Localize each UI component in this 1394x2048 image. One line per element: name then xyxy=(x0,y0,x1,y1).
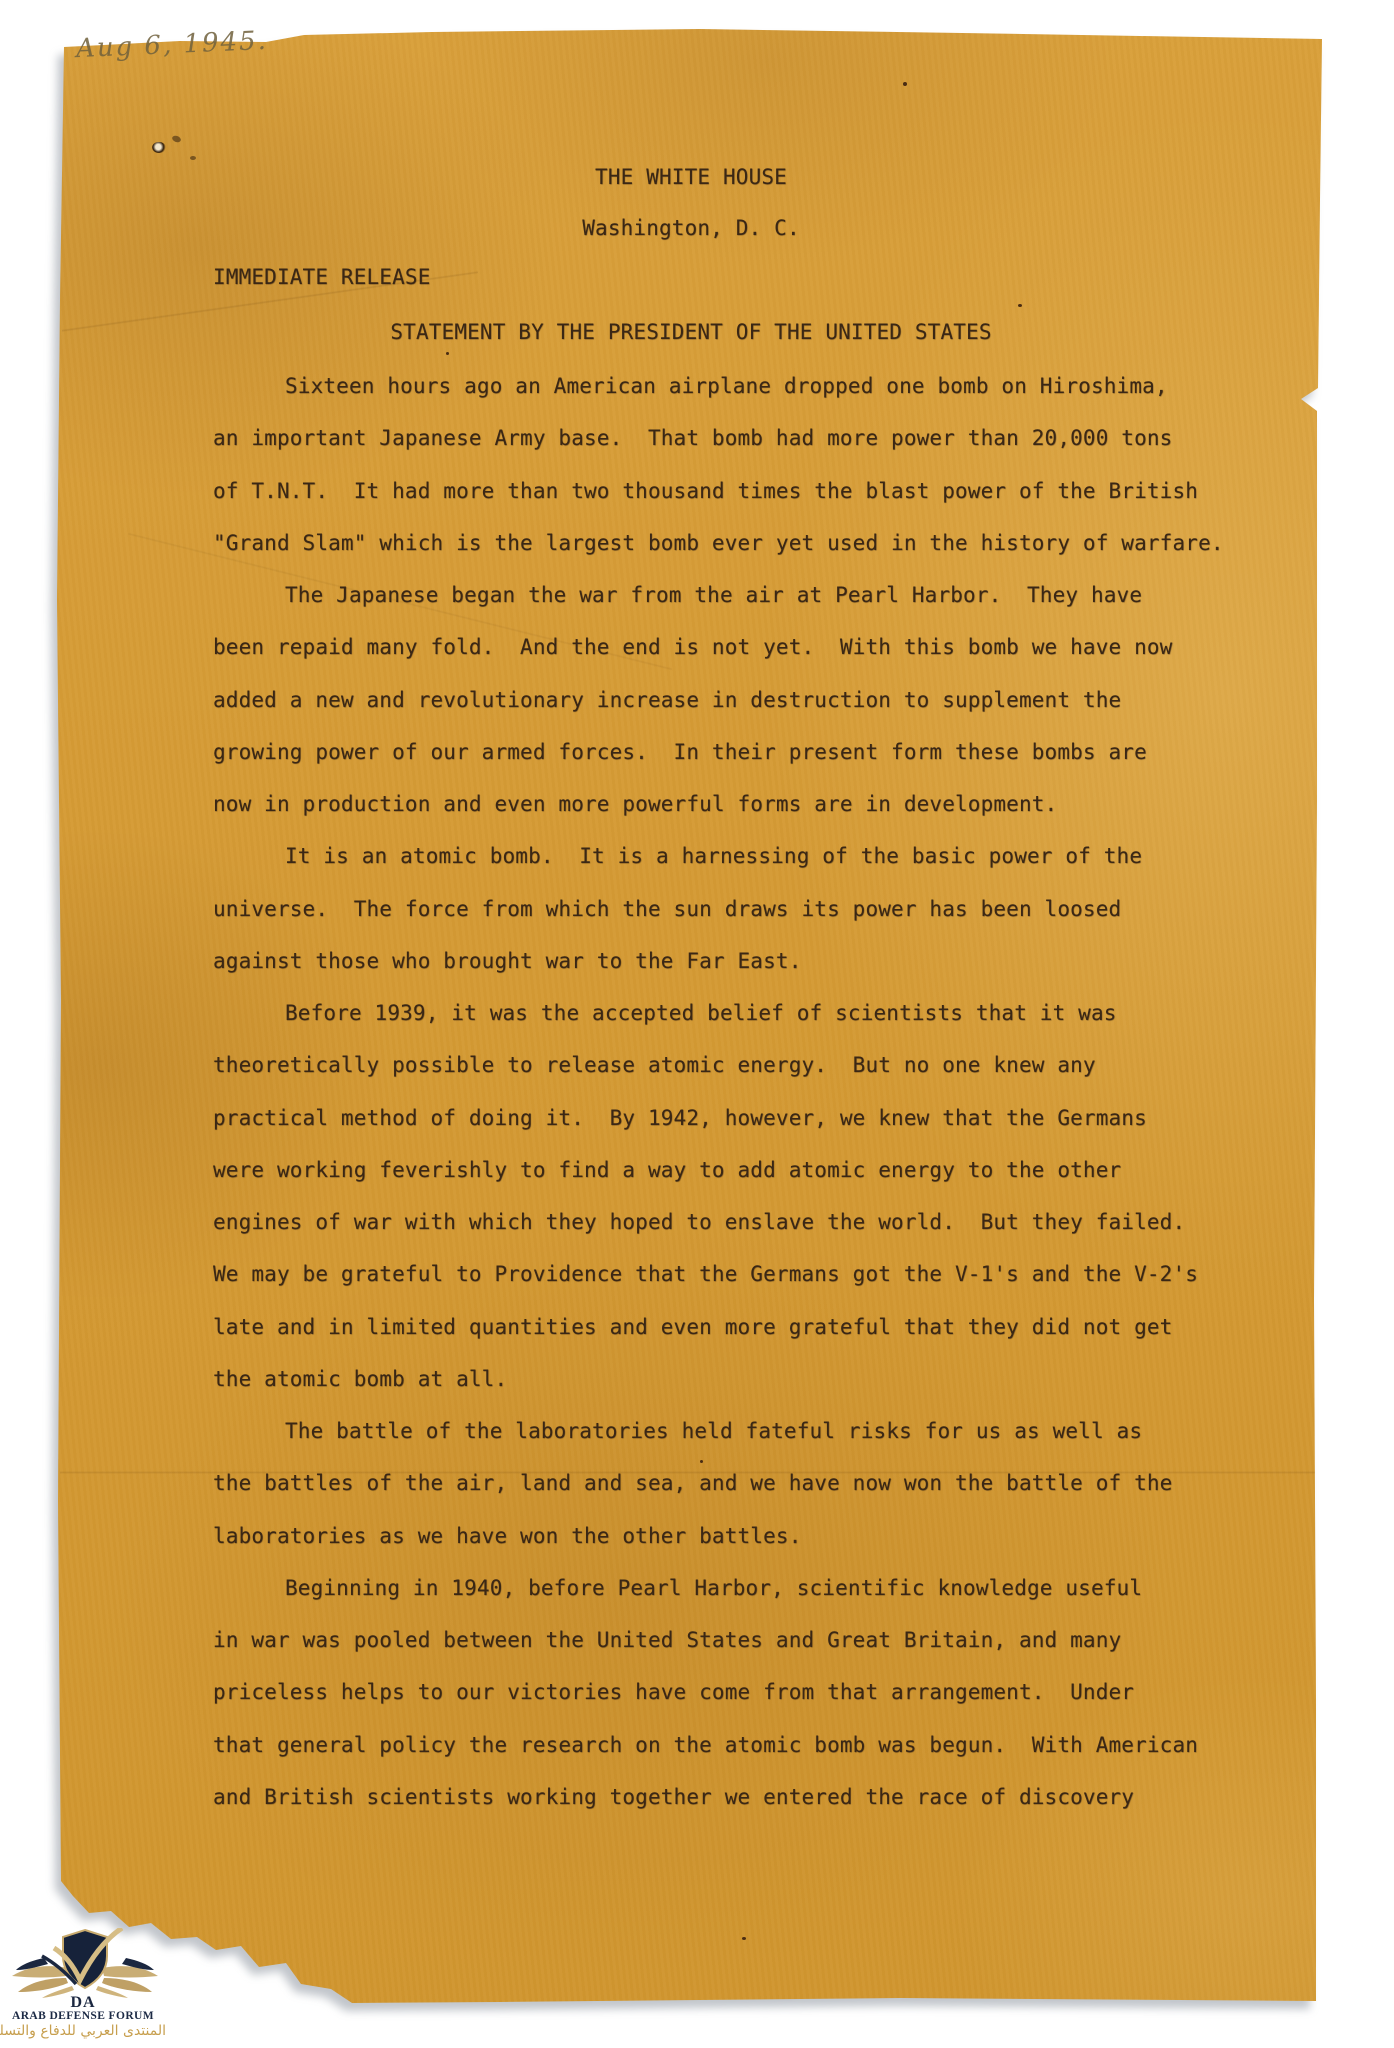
typed-line: theoretically possible to release atomic… xyxy=(213,1054,1096,1076)
typed-line: of T.N.T. It had more than two thousand … xyxy=(213,480,1198,502)
typed-line: were working feverishly to find a way to… xyxy=(213,1159,1121,1181)
typed-line: laboratories as we have won the other ba… xyxy=(213,1525,801,1547)
shield-wings-emblem xyxy=(8,1928,158,1998)
typed-line: late and in limited quantities and even … xyxy=(213,1316,1172,1338)
typed-line: Sixteen hours ago an American airplane d… xyxy=(285,375,1168,397)
typed-line: been repaid many fold. And the end is no… xyxy=(213,636,1172,658)
typed-line: It is an atomic bomb. It is a harnessing… xyxy=(285,845,1142,867)
typed-line: growing power of our armed forces. In th… xyxy=(213,741,1147,763)
typed-line: engines of war with which they hoped to … xyxy=(213,1211,1185,1233)
typed-line: universe. The force from which the sun d… xyxy=(213,898,1121,920)
scan-background: Aug 6, 1945. THE WHITE HOUSE Washington,… xyxy=(0,0,1394,2048)
typed-line: Beginning in 1940, before Pearl Harbor, … xyxy=(285,1577,1142,1599)
typed-line: that general policy the research on the … xyxy=(213,1734,1198,1756)
typed-line: the battles of the air, land and sea, an… xyxy=(213,1472,1172,1494)
typed-line: priceless helps to our victories have co… xyxy=(213,1681,1134,1703)
logo-name-arabic: المنتدى العربي للدفاع والتسليح xyxy=(0,2023,166,2039)
typed-line: Before 1939, it was the accepted belief … xyxy=(285,1002,1117,1024)
typed-line: practical method of doing it. By 1942, h… xyxy=(213,1107,1147,1129)
typed-line: added a new and revolutionary increase i… xyxy=(213,689,1121,711)
typed-line: "Grand Slam" which is the largest bomb e… xyxy=(213,532,1224,554)
typed-line: We may be grateful to Providence that th… xyxy=(213,1263,1198,1285)
typed-line: an important Japanese Army base. That bo… xyxy=(213,427,1172,449)
typed-line: The battle of the laboratories held fate… xyxy=(285,1420,1142,1442)
typed-line: in war was pooled between the United Sta… xyxy=(213,1629,1121,1651)
typed-body: Sixteen hours ago an American airplane d… xyxy=(0,0,1394,2048)
typed-line: now in production and even more powerful… xyxy=(213,793,1057,815)
logo-name-english: ARAB DEFENSE FORUM xyxy=(2,2010,164,2022)
watermark-logo: DA ARAB DEFENSE FORUM المنتدى العربي للد… xyxy=(0,1924,170,2048)
typed-line: the atomic bomb at all. xyxy=(213,1368,507,1390)
typed-line: against those who brought war to the Far… xyxy=(213,950,801,972)
typed-line: and British scientists working together … xyxy=(213,1786,1134,1808)
typed-line: The Japanese began the war from the air … xyxy=(285,584,1142,606)
